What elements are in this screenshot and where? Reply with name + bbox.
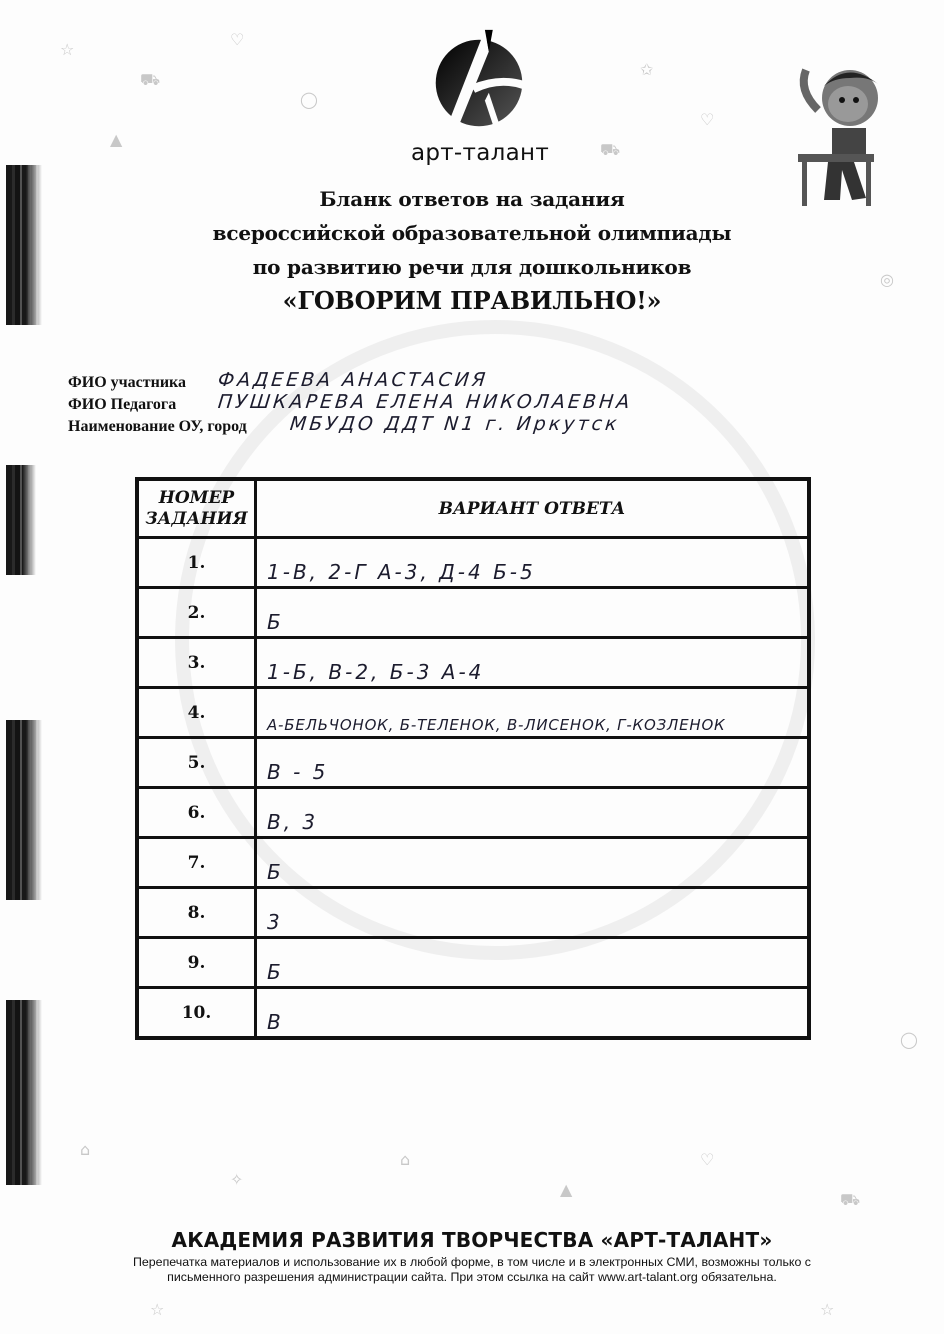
- copyright-note: Перепечатка материалов и использование и…: [90, 1255, 854, 1285]
- scan-artifact: [6, 1000, 42, 1185]
- answer-field[interactable]: 3: [256, 888, 810, 938]
- car-doodle-icon: ⛟: [600, 140, 620, 161]
- teacher-name-field[interactable]: ПУШКАРЕВА ЕЛЕНА НИКОЛАЕВНА: [217, 391, 634, 413]
- table-row: 6.В, 3: [137, 788, 809, 838]
- participant-info: ФИО участника ФАДЕЕВА АНАСТАСИЯ ФИО Педа…: [68, 370, 788, 436]
- task-number: 7.: [137, 838, 256, 888]
- title-line-3: по развитию речи для дошкольников: [160, 250, 784, 284]
- task-number: 8.: [137, 888, 256, 938]
- answer-field[interactable]: В - 5: [256, 738, 810, 788]
- answer-field[interactable]: В: [256, 988, 810, 1039]
- task-number: 10.: [137, 988, 256, 1039]
- bird-doodle-icon: ✧: [230, 1170, 243, 1189]
- participant-name-field[interactable]: ФАДЕЕВА АНАСТАСИЯ: [217, 369, 489, 391]
- scan-artifact: [6, 720, 42, 900]
- table-header-row: НОМЕР ЗАДАНИЯ ВАРИАНТ ОТВЕТА: [137, 479, 809, 538]
- table-row: 10.В: [137, 988, 809, 1039]
- table-row: 9.Б: [137, 938, 809, 988]
- form-title: Бланк ответов на задания всероссийской о…: [160, 182, 784, 318]
- header-task-number: НОМЕР ЗАДАНИЯ: [137, 479, 256, 538]
- task-number: 5.: [137, 738, 256, 788]
- task-number: 2.: [137, 588, 256, 638]
- school-city-field[interactable]: МБУДО ДДТ N1 г. Иркутск: [289, 413, 621, 435]
- boy-at-desk-illustration-icon: [788, 50, 938, 210]
- house-doodle-icon: ⌂: [400, 1150, 410, 1169]
- footer-title: АКАДЕМИЯ РАЗВИТИЯ ТВОРЧЕСТВА «АРТ-ТАЛАНТ…: [90, 1228, 854, 1252]
- header-task-number-line2: ЗАДАНИЯ: [145, 509, 247, 529]
- answer-field[interactable]: В, 3: [256, 788, 810, 838]
- task-number: 1.: [137, 538, 256, 588]
- header-answer: ВАРИАНТ ОТВЕТА: [256, 479, 810, 538]
- balloon-doodle-icon: ◯: [900, 1030, 918, 1049]
- star-doodle-icon: ✩: [640, 60, 653, 79]
- answer-field[interactable]: 1-В, 2-Г А-3, Д-4 Б-5: [256, 538, 810, 588]
- participant-label: ФИО участника: [68, 374, 186, 392]
- house-doodle-icon: ⌂: [80, 1140, 90, 1159]
- star-doodle-icon: ☆: [60, 40, 74, 59]
- rocket-doodle-icon: ▲: [110, 130, 122, 149]
- task-number: 9.: [137, 938, 256, 988]
- scan-artifact: [6, 165, 42, 325]
- table-row: 8.3: [137, 888, 809, 938]
- answer-field[interactable]: А-БЕЛЬЧОНОК, Б-ТЕЛЕНОК, В-ЛИСЕНОК, Г-КОЗ…: [256, 688, 810, 738]
- table-row: 3.1-Б, В-2, Б-3 А-4: [137, 638, 809, 688]
- school-row: Наименование ОУ, город МБУДО ДДТ N1 г. И…: [68, 414, 788, 436]
- car-doodle-icon: ⛟: [840, 1190, 860, 1211]
- heart-doodle-icon: ♡: [230, 30, 244, 49]
- table-row: 1.1-В, 2-Г А-3, Д-4 Б-5: [137, 538, 809, 588]
- teacher-row: ФИО Педагога ПУШКАРЕВА ЕЛЕНА НИКОЛАЕВНА: [68, 392, 788, 414]
- task-number: 3.: [137, 638, 256, 688]
- answer-field[interactable]: Б: [256, 588, 810, 638]
- task-number: 4.: [137, 688, 256, 738]
- answer-field[interactable]: Б: [256, 838, 810, 888]
- car-doodle-icon: ⛟: [140, 70, 160, 91]
- circle-doodle-icon: ◎: [880, 270, 894, 289]
- answer-field[interactable]: Б: [256, 938, 810, 988]
- footer: АКАДЕМИЯ РАЗВИТИЯ ТВОРЧЕСТВА «АРТ-ТАЛАНТ…: [90, 1228, 854, 1285]
- answers-table: НОМЕР ЗАДАНИЯ ВАРИАНТ ОТВЕТА 1.1-В, 2-Г …: [135, 477, 811, 1040]
- olympiad-name: «ГОВОРИМ ПРАВИЛЬНО!»: [160, 284, 784, 318]
- title-line-1: Бланк ответов на задания: [160, 182, 784, 216]
- table-row: 2.Б: [137, 588, 809, 638]
- heart-doodle-icon: ♡: [700, 110, 714, 129]
- task-number: 6.: [137, 788, 256, 838]
- copyright-note-line2: письменного разрешения администрации сай…: [167, 1270, 777, 1284]
- star-doodle-icon: ☆: [820, 1300, 834, 1319]
- brand-name: арт-талант: [380, 140, 580, 166]
- star-doodle-icon: ☆: [150, 1300, 164, 1319]
- answer-field[interactable]: 1-Б, В-2, Б-3 А-4: [256, 638, 810, 688]
- title-line-2: всероссийской образовательной олимпиады: [160, 216, 784, 250]
- table-row: 5.В - 5: [137, 738, 809, 788]
- table-row: 4.А-БЕЛЬЧОНОК, Б-ТЕЛЕНОК, В-ЛИСЕНОК, Г-К…: [137, 688, 809, 738]
- teacher-label: ФИО Педагога: [68, 396, 176, 414]
- balloon-doodle-icon: ◯: [300, 90, 318, 109]
- rocket-doodle-icon: ▲: [560, 1180, 572, 1199]
- copyright-note-line1: Перепечатка материалов и использование и…: [133, 1255, 811, 1269]
- participant-row: ФИО участника ФАДЕЕВА АНАСТАСИЯ: [68, 370, 788, 392]
- heart-doodle-icon: ♡: [700, 1150, 714, 1169]
- art-talant-logo-icon: [420, 22, 538, 140]
- table-row: 7.Б: [137, 838, 809, 888]
- header-task-number-line1: НОМЕР: [159, 488, 234, 508]
- scan-artifact: [6, 465, 36, 575]
- school-label: Наименование ОУ, город: [68, 418, 247, 436]
